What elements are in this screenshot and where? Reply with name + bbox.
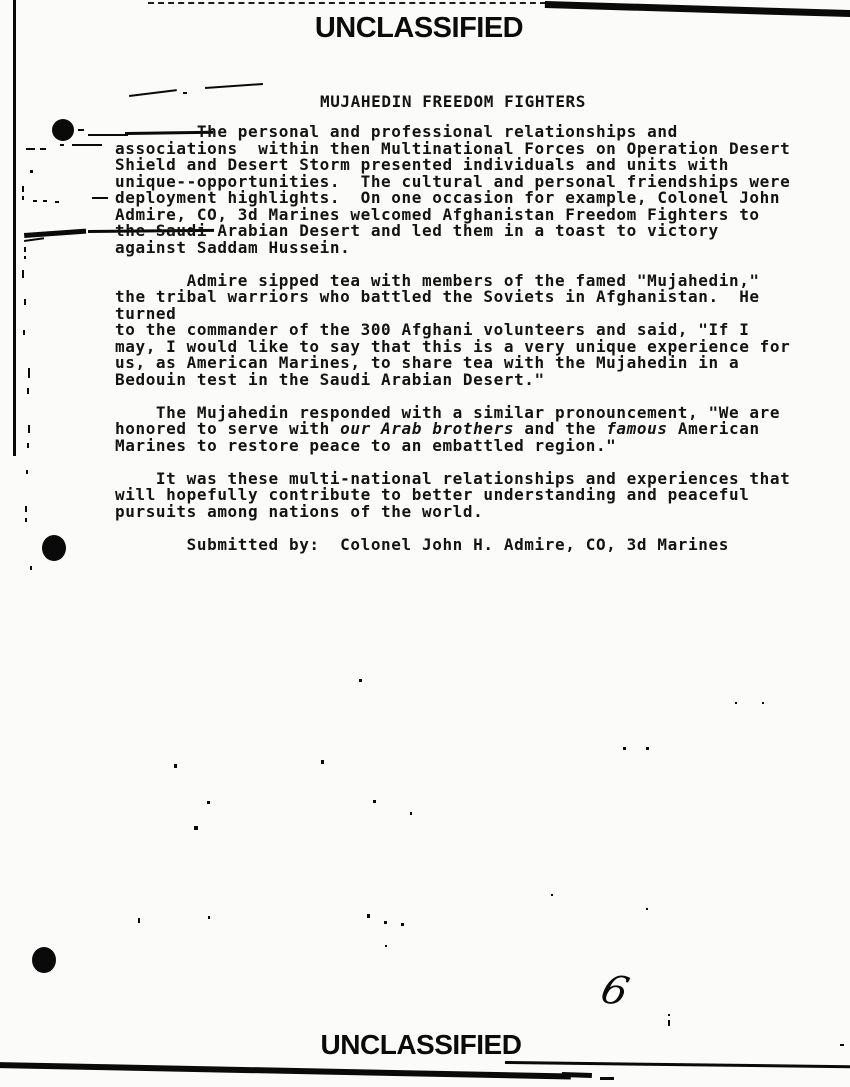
scan-speck <box>25 518 27 522</box>
scan-speck <box>367 914 370 918</box>
scan-speck <box>60 144 64 146</box>
text-line: the tribal warriors who battled the Sovi… <box>115 289 815 306</box>
text-line: pursuits among nations of the world. <box>115 504 815 521</box>
text-line: Bedouin test in the Saudi Arabian Desert… <box>115 372 815 389</box>
scan-speck <box>43 200 47 202</box>
scan-speck <box>28 425 30 433</box>
scan-edge-bar <box>562 1072 592 1078</box>
scan-speck <box>735 702 737 704</box>
paragraph-4: It was these multi-national relationship… <box>115 471 815 521</box>
text-line: against Saddam Hussein. <box>115 240 815 257</box>
scan-edge-bar <box>0 1062 571 1080</box>
scan-speck <box>410 812 412 815</box>
handwritten-page-number: 6 <box>596 967 634 1016</box>
scan-speck <box>401 923 404 926</box>
scan-speck <box>384 921 387 924</box>
scan-speck <box>26 148 35 150</box>
scan-speck <box>72 144 102 146</box>
footer-classification: UNCLASSIFIED <box>0 1029 842 1061</box>
scan-speck <box>373 800 376 803</box>
scan-speck <box>28 368 30 378</box>
scan-speck <box>23 330 25 335</box>
scan-speck <box>24 299 26 305</box>
scan-speck <box>25 506 27 512</box>
scan-speck <box>92 197 108 199</box>
scan-speck <box>385 945 387 947</box>
scan-speck <box>646 747 649 750</box>
scan-speck <box>40 148 46 150</box>
paragraph-1: The personal and professional relationsh… <box>115 124 815 256</box>
scan-speck <box>26 470 28 474</box>
scan-speck <box>208 916 210 919</box>
text-segment: American <box>668 419 760 438</box>
scan-speck <box>359 679 362 682</box>
scan-dashed-line <box>148 2 556 4</box>
scan-speck <box>22 270 24 278</box>
scan-speck <box>646 908 648 910</box>
scan-speck <box>623 747 626 750</box>
scan-margin-line <box>13 0 16 456</box>
hole-punch-mark <box>52 119 74 141</box>
document-body: The personal and professional relationsh… <box>115 124 815 553</box>
scan-speck <box>762 702 764 704</box>
scan-strike-mark <box>24 229 86 238</box>
scan-speck <box>668 1020 670 1026</box>
scan-speck <box>78 129 84 131</box>
submitted-line: Submitted by: Colonel John H. Admire, CO… <box>115 537 815 554</box>
scan-speck <box>321 760 324 764</box>
paragraph-2: Admire sipped tea with members of the fa… <box>115 273 815 389</box>
scan-speck <box>27 443 29 448</box>
scan-speck <box>600 1077 614 1080</box>
hole-punch-mark <box>42 535 66 561</box>
scan-speck <box>840 1044 844 1046</box>
scan-speck <box>194 826 198 830</box>
scan-speck <box>174 764 177 768</box>
scan-speck <box>22 186 24 192</box>
scan-speck <box>24 256 26 259</box>
document-title: MUJAHEDIN FREEDOM FIGHTERS <box>115 92 791 111</box>
scan-speck <box>55 201 59 203</box>
scan-speck <box>138 918 140 923</box>
scan-speck <box>27 388 29 394</box>
text-line: Marines to restore peace to an embattled… <box>115 438 815 455</box>
scan-edge-bar <box>505 1061 850 1068</box>
paragraph-3: The Mujahedin responded with a similar p… <box>115 405 815 455</box>
scan-speck <box>668 1014 670 1016</box>
scan-speck <box>551 894 553 896</box>
header-classification: UNCLASSIFIED <box>0 12 838 45</box>
text-line: Submitted by: Colonel John H. Admire, CO… <box>115 537 815 554</box>
scan-speck <box>33 200 37 202</box>
scan-speck <box>30 170 33 173</box>
scan-speck <box>207 801 210 804</box>
scan-speck <box>30 566 32 570</box>
hole-punch-mark <box>32 947 56 973</box>
scan-strike-mark <box>24 237 44 242</box>
scan-speck <box>22 196 24 200</box>
document-page: UNCLASSIFIED MUJAHEDIN FREEDOM FIGHTERS … <box>0 0 850 1087</box>
scan-speck <box>24 247 26 252</box>
scan-scribble <box>205 83 263 89</box>
